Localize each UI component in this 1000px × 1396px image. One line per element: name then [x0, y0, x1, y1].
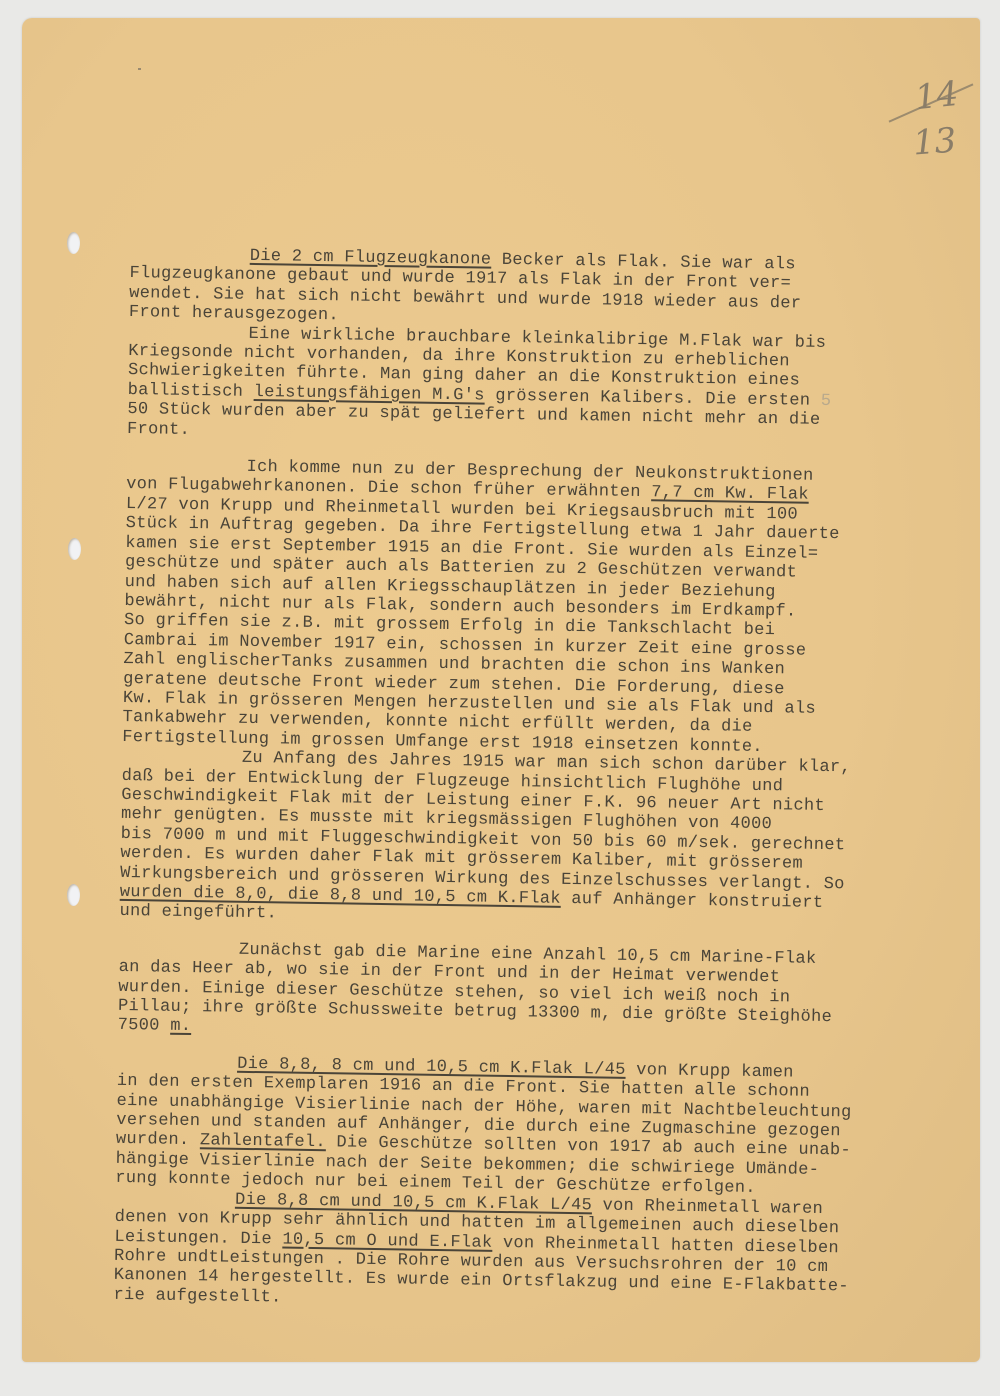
- text-segment: Front.: [127, 420, 190, 440]
- punch-hole-top: [67, 232, 80, 254]
- text-segment: 5: [821, 392, 832, 411]
- text-segment: und eingeführt.: [119, 902, 277, 923]
- text-segment: wurden.: [116, 1130, 200, 1150]
- page-number-struck: 14: [913, 74, 960, 118]
- punch-hole-middle: [68, 538, 81, 560]
- typewritten-body: Die 2 cm Flugzeugkanone Becker als Flak.…: [113, 245, 970, 1318]
- paragraph: Eine wirkliche brauchbare kleinkalibrige…: [127, 323, 969, 453]
- underlined-text: Zahlentafel.: [200, 1132, 326, 1153]
- underlined-text: m.: [170, 1017, 191, 1036]
- text-segment: rie aufgestellt.: [113, 1286, 281, 1308]
- underlined-text: 7,7 cm Kw. Flak: [651, 484, 809, 505]
- paragraph: Die 8,8 cm und 10,5 cm K.Flak L/45 von R…: [113, 1189, 955, 1319]
- handwritten-page-number: 14 13: [905, 70, 985, 180]
- paragraph: Zu Anfang des Jahres 1915 war man sich s…: [119, 747, 962, 935]
- text-segment: 7500: [118, 1016, 171, 1036]
- paragraph: Die 2 cm Flugzeugkanone Becker als Flak.…: [129, 245, 970, 336]
- text-segment: von Krupp kamen: [626, 1061, 794, 1083]
- paragraph: Die 8,8, 8 cm und 10,5 cm K.Flak L/45 vo…: [115, 1053, 957, 1202]
- paragraph: Zunächst gab die Marine eine Anzahl 10,5…: [118, 939, 959, 1049]
- paragraph: Ich komme nun zu der Besprechung der Neu…: [122, 456, 966, 760]
- page-number: 13: [912, 121, 958, 164]
- paper-speck: [138, 68, 141, 70]
- punch-hole-bottom: [67, 884, 80, 906]
- text-segment: Front herausgezogen.: [129, 303, 339, 325]
- text-segment: Leistungen. Die: [114, 1227, 282, 1249]
- text-segment: ballistisch: [128, 381, 254, 402]
